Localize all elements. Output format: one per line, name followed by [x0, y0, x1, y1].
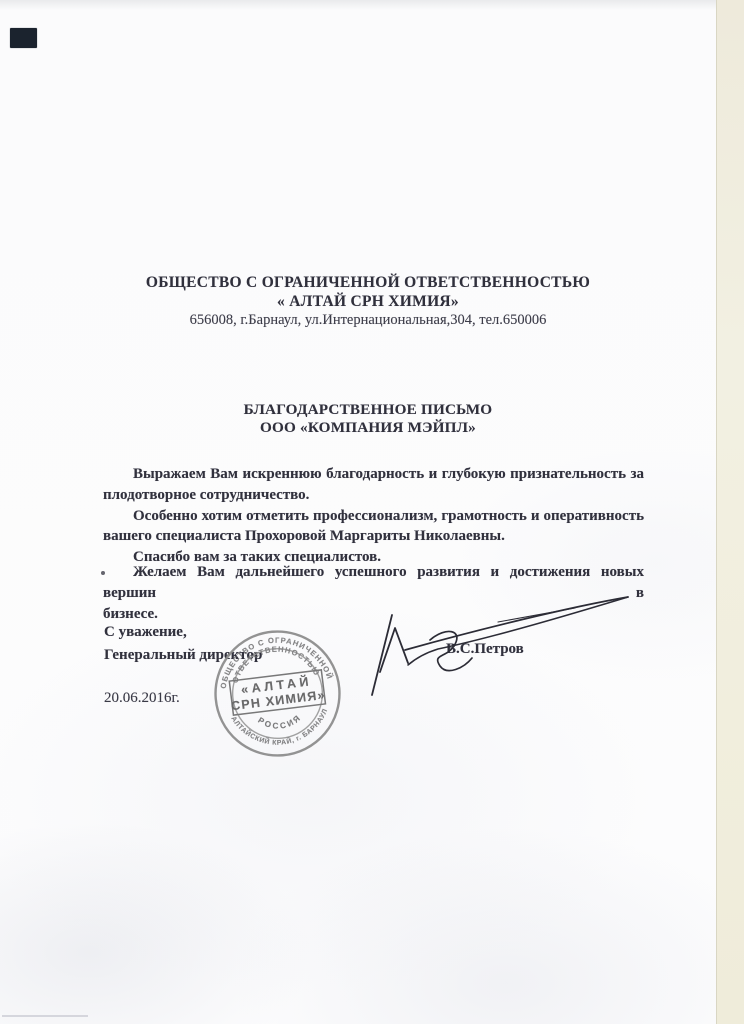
letter-date: 20.06.2016г. — [104, 690, 180, 707]
scan-edge-strip — [716, 0, 744, 1024]
company-stamp: ОБЩЕСТВО С ОГРАНИЧЕННОЙ ОТВЕТСТВЕННОСТЬЮ… — [212, 628, 343, 759]
scan-artifact-mark — [10, 28, 37, 48]
body-line: Особенно хотим отметить профессионализм,… — [103, 506, 644, 527]
signature-stroke — [372, 615, 392, 695]
company-name: « АЛТАЙ СРН ХИМИЯ» — [0, 293, 736, 312]
scanned-letter-page: ОБЩЕСТВО С ОГРАНИЧЕННОЙ ОТВЕТСТВЕННОСТЬЮ… — [0, 0, 744, 1024]
body-line: плодотворное сотрудничество. — [103, 485, 644, 506]
scan-artifact-line — [2, 1015, 88, 1017]
body-line: Выражаем Вам искреннюю благодарность и г… — [103, 464, 644, 485]
letter-title-line2: ООО «КОМПАНИЯ МЭЙПЛ» — [0, 419, 736, 437]
company-address: 656008, г.Барнаул, ул.Интернациональная,… — [0, 311, 736, 330]
letter-title-line1: БЛАГОДАРСТВЕННОЕ ПИСЬМО — [0, 401, 736, 419]
signature-stroke — [405, 597, 628, 650]
company-legal-form: ОБЩЕСТВО С ОГРАНИЧЕННОЙ ОТВЕТСТВЕННОСТЬЮ — [0, 274, 736, 293]
letterhead: ОБЩЕСТВО С ОГРАНИЧЕННОЙ ОТВЕТСТВЕННОСТЬЮ… — [0, 274, 736, 330]
stamp-arc-bottom-inner-text: РОССИЯ — [256, 712, 305, 733]
signature-stroke — [498, 608, 575, 622]
signature — [360, 585, 645, 710]
signature-stroke — [408, 597, 628, 665]
body-line: вашего специалиста Прохоровой Маргариты … — [103, 526, 644, 547]
letter-title: БЛАГОДАРСТВЕННОЕ ПИСЬМО ООО «КОМПАНИЯ МЭ… — [0, 401, 736, 436]
letter-body-paragraphs: Выражаем Вам искреннюю благодарность и г… — [103, 464, 644, 568]
signature-stroke — [380, 628, 408, 672]
